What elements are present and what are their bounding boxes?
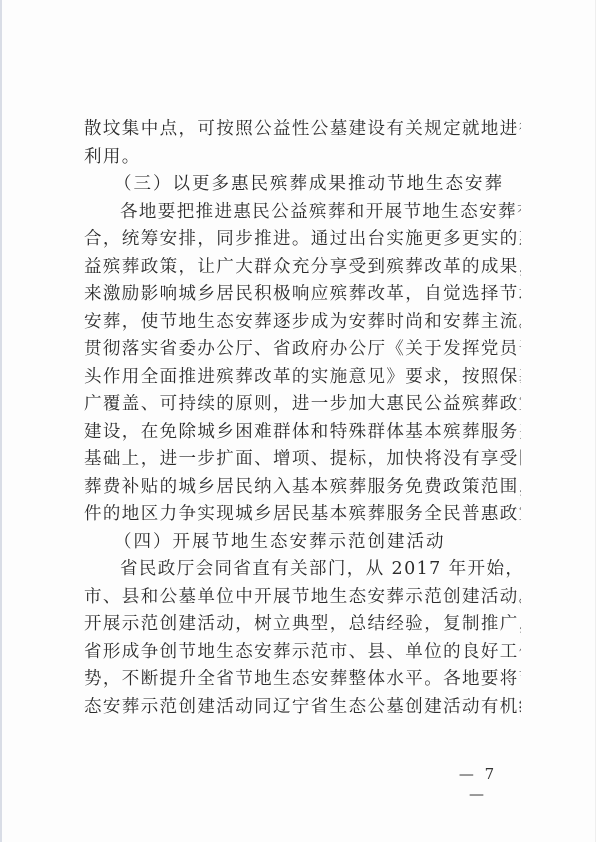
paragraph-line: 市、县和公墓单位中开展节地生态安葬示范创建活动。通过 xyxy=(84,584,521,612)
paragraph-line: 葬费补贴的城乡居民纳入基本殡葬服务免费政策范围，有条 xyxy=(84,474,521,502)
paragraph-line: 省民政厅会同省直有关部门，从 2017 年开始，在全省 xyxy=(84,556,521,584)
paragraph-line: 态安葬示范创建活动同辽宁省生态公墓创建活动有机结合起 xyxy=(84,694,521,722)
paragraph-line: 基础上，进一步扩面、增项、提标，加快将没有享受国家丧 xyxy=(84,446,521,474)
page-number: — 7 — xyxy=(448,764,508,804)
paragraph-line: 各地要把推进惠民公益殡葬和开展节地生态安葬有机结 xyxy=(84,199,521,227)
paragraph-line: 势，不断提升全省节地生态安葬整体水平。各地要将节地生 xyxy=(84,666,521,694)
paragraph-line: 安葬，使节地生态安葬逐步成为安葬时尚和安葬主流。认真 xyxy=(84,309,521,337)
document-body: 散坟集中点，可按照公益性公墓建设有关规定就地进行改造 利用。 （三）以更多惠民殡… xyxy=(84,116,521,721)
paragraph-line: 贯彻落实省委办公厅、省政府办公厅《关于发挥党员干部带 xyxy=(84,336,521,364)
paragraph-line: 合，统筹安排，同步推进。通过出台实施更多更实的惠民公 xyxy=(84,226,521,254)
paragraph-line: 头作用全面推进殡葬改革的实施意见》要求，按照保基本、 xyxy=(84,364,521,392)
paragraph-line: 省形成争创节地生态安葬示范市、县、单位的良好工作态 xyxy=(84,639,521,667)
section-heading-4: （四）开展节地生态安葬示范创建活动 xyxy=(84,529,521,557)
section-heading-3: （三）以更多惠民殡葬成果推动节地生态安葬 xyxy=(84,171,521,199)
paragraph-line: 益殡葬政策，让广大群众充分享受到殡葬改革的成果，以此 xyxy=(84,254,521,282)
paragraph-line: 件的地区力争实现城乡居民基本殡葬服务全民普惠政策。 xyxy=(84,501,521,529)
paragraph-line: 广覆盖、可持续的原则，进一步加大惠民公益殡葬政策体系 xyxy=(84,391,521,419)
document-page: 散坟集中点，可按照公益性公墓建设有关规定就地进行改造 利用。 （三）以更多惠民殡… xyxy=(0,0,596,842)
paragraph-line: 来激励影响城乡居民积极响应殡葬改革，自觉选择节地生态 xyxy=(84,281,521,309)
paragraph-line: 建设，在免除城乡困难群体和特殊群体基本殡葬服务费用的 xyxy=(84,419,521,447)
scan-shadow-left xyxy=(0,0,2,842)
paragraph-line: 散坟集中点，可按照公益性公墓建设有关规定就地进行改造 xyxy=(84,116,521,144)
paragraph-line: 开展示范创建活动，树立典型，总结经验，复制推广，在全 xyxy=(84,611,521,639)
paragraph-line: 利用。 xyxy=(84,144,521,172)
